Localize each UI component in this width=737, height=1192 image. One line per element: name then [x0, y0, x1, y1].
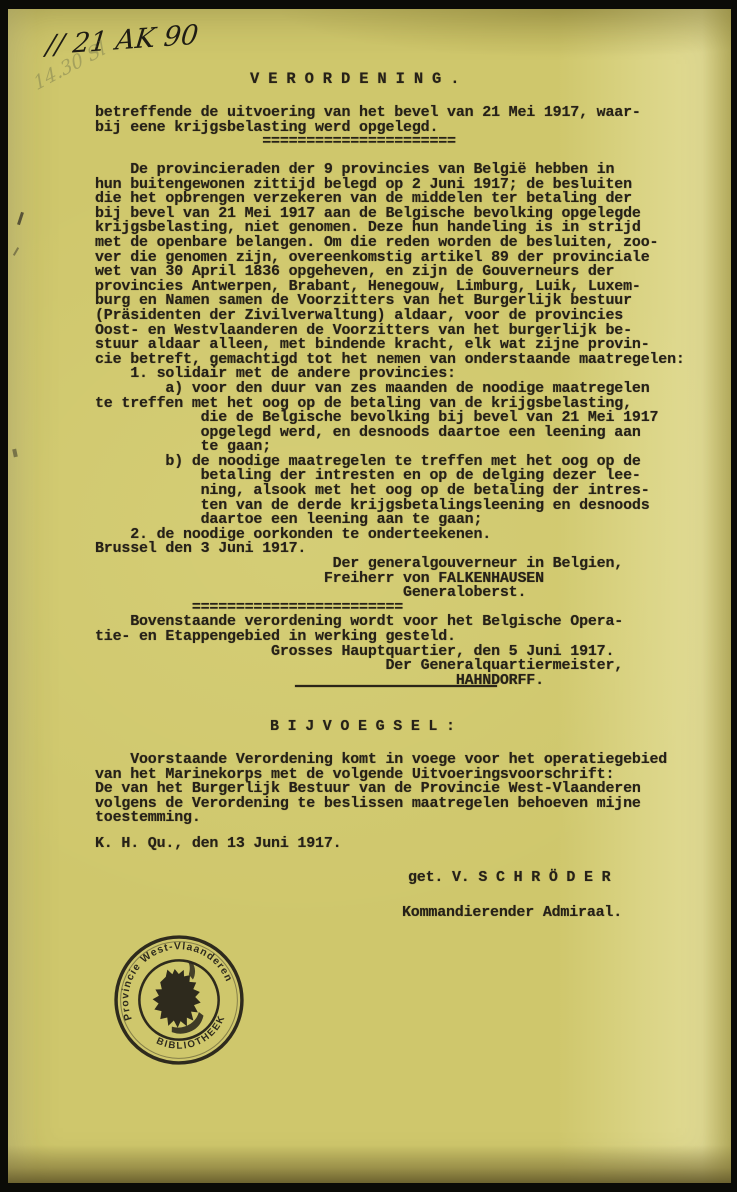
signature-line: get. V. S C H R Ö D E R	[408, 871, 610, 886]
ink-speck	[13, 247, 19, 256]
library-round-stamp: Provincie West-Vlaanderen BIBLIOTHEEK	[92, 913, 265, 1086]
subject-paragraph: betreffende de uitvoering van het bevel …	[95, 106, 641, 150]
scanned-document-photo: { "doc": { "annotation_ink": "// 21 AK 9…	[0, 0, 737, 1192]
decree-body-text: De provincieraden der 9 provincies van B…	[95, 163, 685, 688]
supplement-paragraph: Voorstaande Verordening komt in voege vo…	[95, 753, 667, 826]
ink-speck	[17, 212, 24, 225]
document-paper: // 21 AK 90 14.30 Sl V E R O R D E N I N…	[8, 9, 731, 1183]
ink-speck	[12, 449, 18, 458]
dateline: K. H. Qu., den 13 Juni 1917.	[95, 837, 341, 852]
page-bottom-shadow	[8, 1145, 731, 1183]
typed-divider-line	[295, 685, 497, 687]
signer-rank-line: Kommandierender Admiraal.	[402, 906, 622, 921]
supplement-heading: B I J V O E G S E L :	[270, 720, 455, 735]
document-title: V E R O R D E N I N G .	[250, 72, 459, 87]
